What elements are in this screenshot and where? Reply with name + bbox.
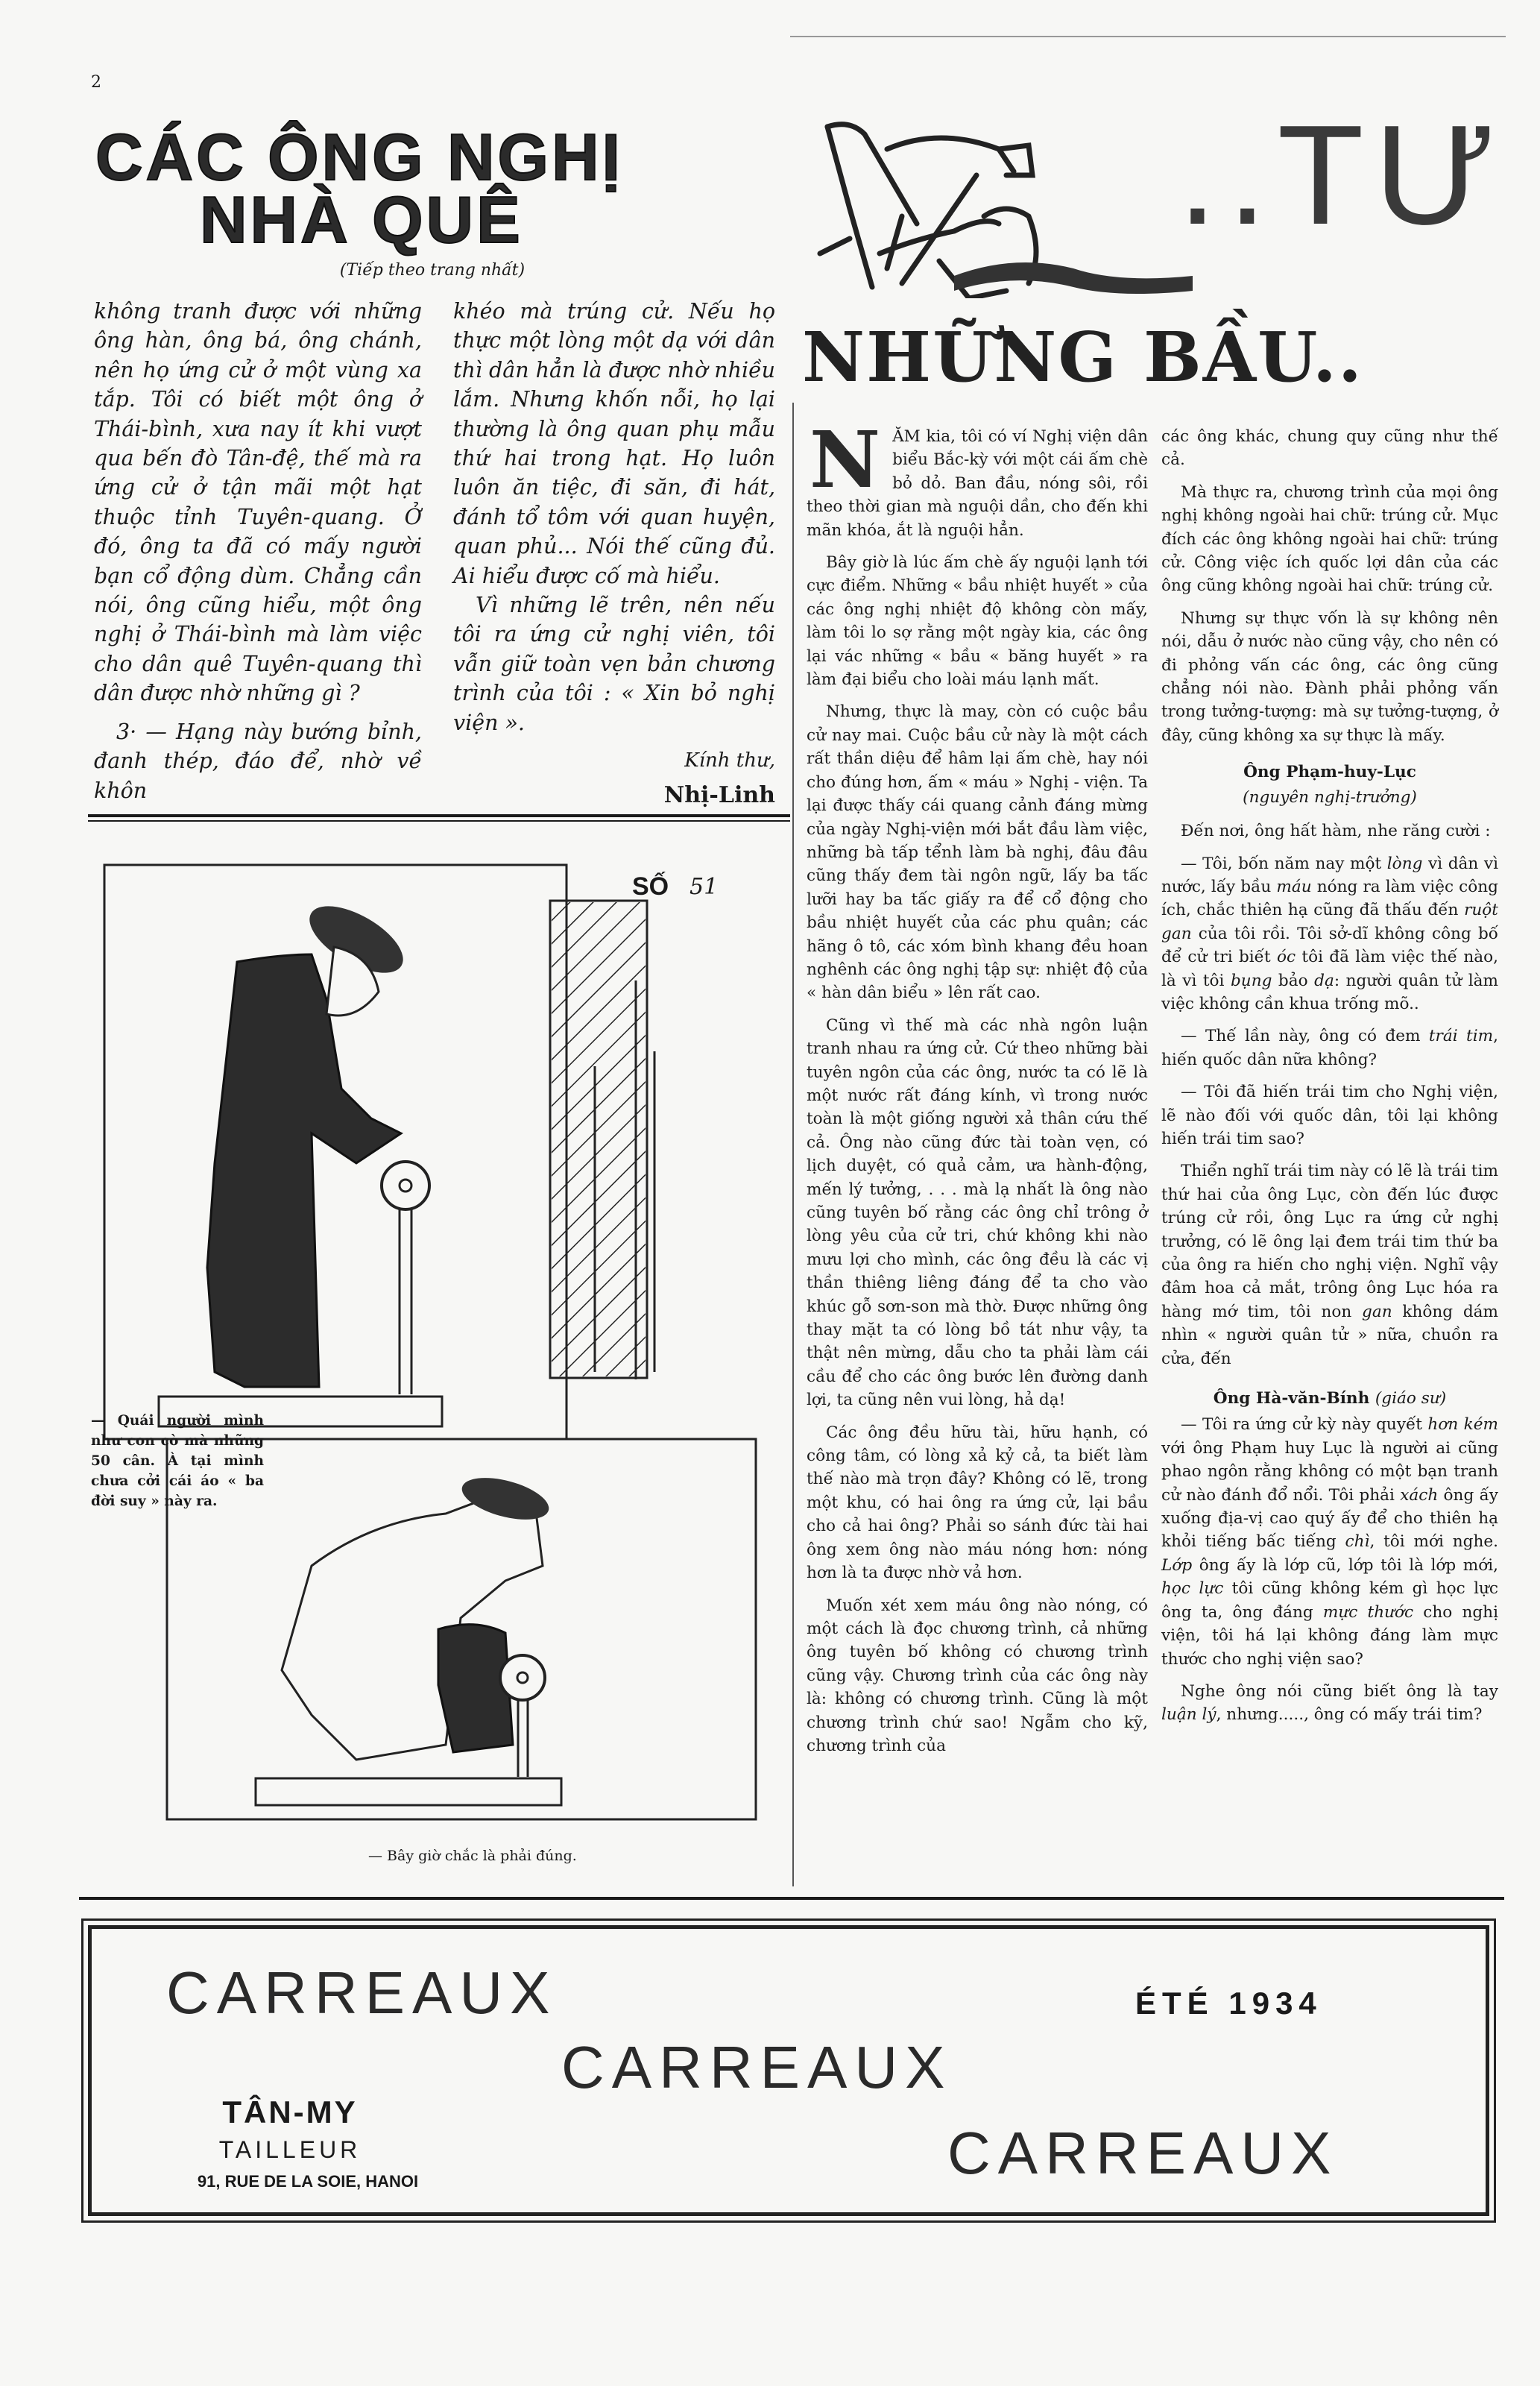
signature: Nhị-Linh: [453, 781, 775, 810]
ad-shop-name: TÂN-MY: [178, 2094, 402, 2130]
interview-name: Ông Phạm-huy-Lục: [1161, 761, 1498, 784]
paragraph: Đến nơi, ông hất hàm, nhe răng cười :: [1161, 819, 1498, 843]
paragraph: Nghe ông nói cũng biết ông là tay luận l…: [1161, 1680, 1498, 1727]
ad-address: 91, RUE DE LA SOIE, HANOI: [136, 2172, 479, 2191]
issue-number: 51: [689, 874, 718, 900]
right-article-col1: NĂM kia, tôi có ví Nghị viện dân biểu Bắ…: [807, 425, 1148, 1757]
paragraph: Nhưng, thực là may, còn có cuộc bầu cử n…: [807, 700, 1148, 1004]
left-article-col2: khéo mà trúng cử. Nếu họ thực một lòng m…: [453, 297, 775, 810]
interview-role: (nguyên nghị-trưởng): [1161, 786, 1498, 809]
paragraph: Nhưng sự thực vốn là sự không nên nói, d…: [1161, 607, 1498, 747]
issue-label: SỐ: [632, 872, 669, 901]
paragraph: — Thế lần này, ông có đem trái tim, hiến…: [1161, 1024, 1498, 1071]
paragraph: Các ông đều hữu tài, hữu hạnh, có công t…: [807, 1421, 1148, 1585]
cartoon-weighing-scale: [88, 850, 796, 1864]
section-rule: [88, 814, 790, 817]
closing: Kính thư,: [453, 746, 775, 775]
lead-smallcaps: ĂM: [892, 427, 921, 446]
ad-word-2: CARREAUX: [561, 2033, 953, 2102]
ad-word-1: CARREAUX: [166, 1959, 558, 2027]
paragraph: Bây giờ là lúc ấm chè ấy nguội lạnh tới …: [807, 551, 1148, 691]
section-rule: [79, 1897, 1504, 1900]
left-subtitle: (Tiếp theo trang nhất): [224, 261, 641, 280]
drop-cap: N: [810, 428, 880, 492]
top-rule: [790, 36, 1506, 37]
paragraph: — Tôi ra ứng cử kỳ này quyết hơn kém với…: [1161, 1413, 1498, 1670]
left-article-col1: không tranh được với những ông hàn, ông …: [94, 297, 422, 805]
paragraph: khéo mà trúng cử. Nếu họ thực một lòng m…: [453, 297, 775, 591]
right-headline-bottom: NHỮNG BẦU..: [802, 317, 1363, 397]
paragraph: — Tôi, bốn năm nay một lòng vì dân vì nư…: [1161, 852, 1498, 1016]
paragraph: Cũng vì thế mà các nhà ngôn luận tranh n…: [807, 1014, 1148, 1412]
interview-name: Ông Hà-văn-Bính (giáo sư): [1161, 1387, 1498, 1410]
cartoon-caption-bottom: — Bây giờ chắc là phải đúng.: [368, 1848, 577, 1864]
advertisement-box: CARREAUX CARREAUX CARREAUX ÉTÉ 1934 TÂN-…: [88, 1925, 1489, 2216]
ad-word-3: CARREAUX: [947, 2119, 1339, 2188]
hand-holding-heart-illustration: [805, 104, 1208, 298]
right-article-col2: các ông khác, chung quy cũng như thế cả.…: [1161, 425, 1498, 1727]
ad-season: ÉTÉ 1934: [1135, 1986, 1322, 2021]
paragraph: 3· — Hạng này bướng bỉnh, đanh thép, đáo…: [94, 717, 422, 805]
section-rule-thin: [88, 820, 790, 822]
paragraph: Thiển nghĩ trái tim này có lẽ là trái ti…: [1161, 1159, 1498, 1370]
ad-shop-type: TAILLEUR: [178, 2136, 402, 2164]
right-headline-top: ..TƯ: [1178, 104, 1506, 246]
page-number: 2: [91, 73, 101, 92]
paragraph: các ông khác, chung quy cũng như thế cả.: [1161, 425, 1498, 472]
cartoon-caption-left: — Quái người mình như con cò mà những 50…: [91, 1411, 264, 1511]
left-headline-line2: NHÀ QUÊ: [200, 182, 523, 258]
paragraph: Mà thực ra, chương trình của mọi ông ngh…: [1161, 481, 1498, 598]
paragraph: Muốn xét xem máu ông nào nóng, có một cá…: [807, 1594, 1148, 1758]
paragraph: không tranh được với những ông hàn, ông …: [94, 297, 422, 708]
paragraph: — Tôi đã hiến trái tim cho Nghị viện, lẽ…: [1161, 1080, 1498, 1150]
paragraph: Vì những lẽ trên, nên nếu tôi ra ứng cử …: [453, 591, 775, 737]
